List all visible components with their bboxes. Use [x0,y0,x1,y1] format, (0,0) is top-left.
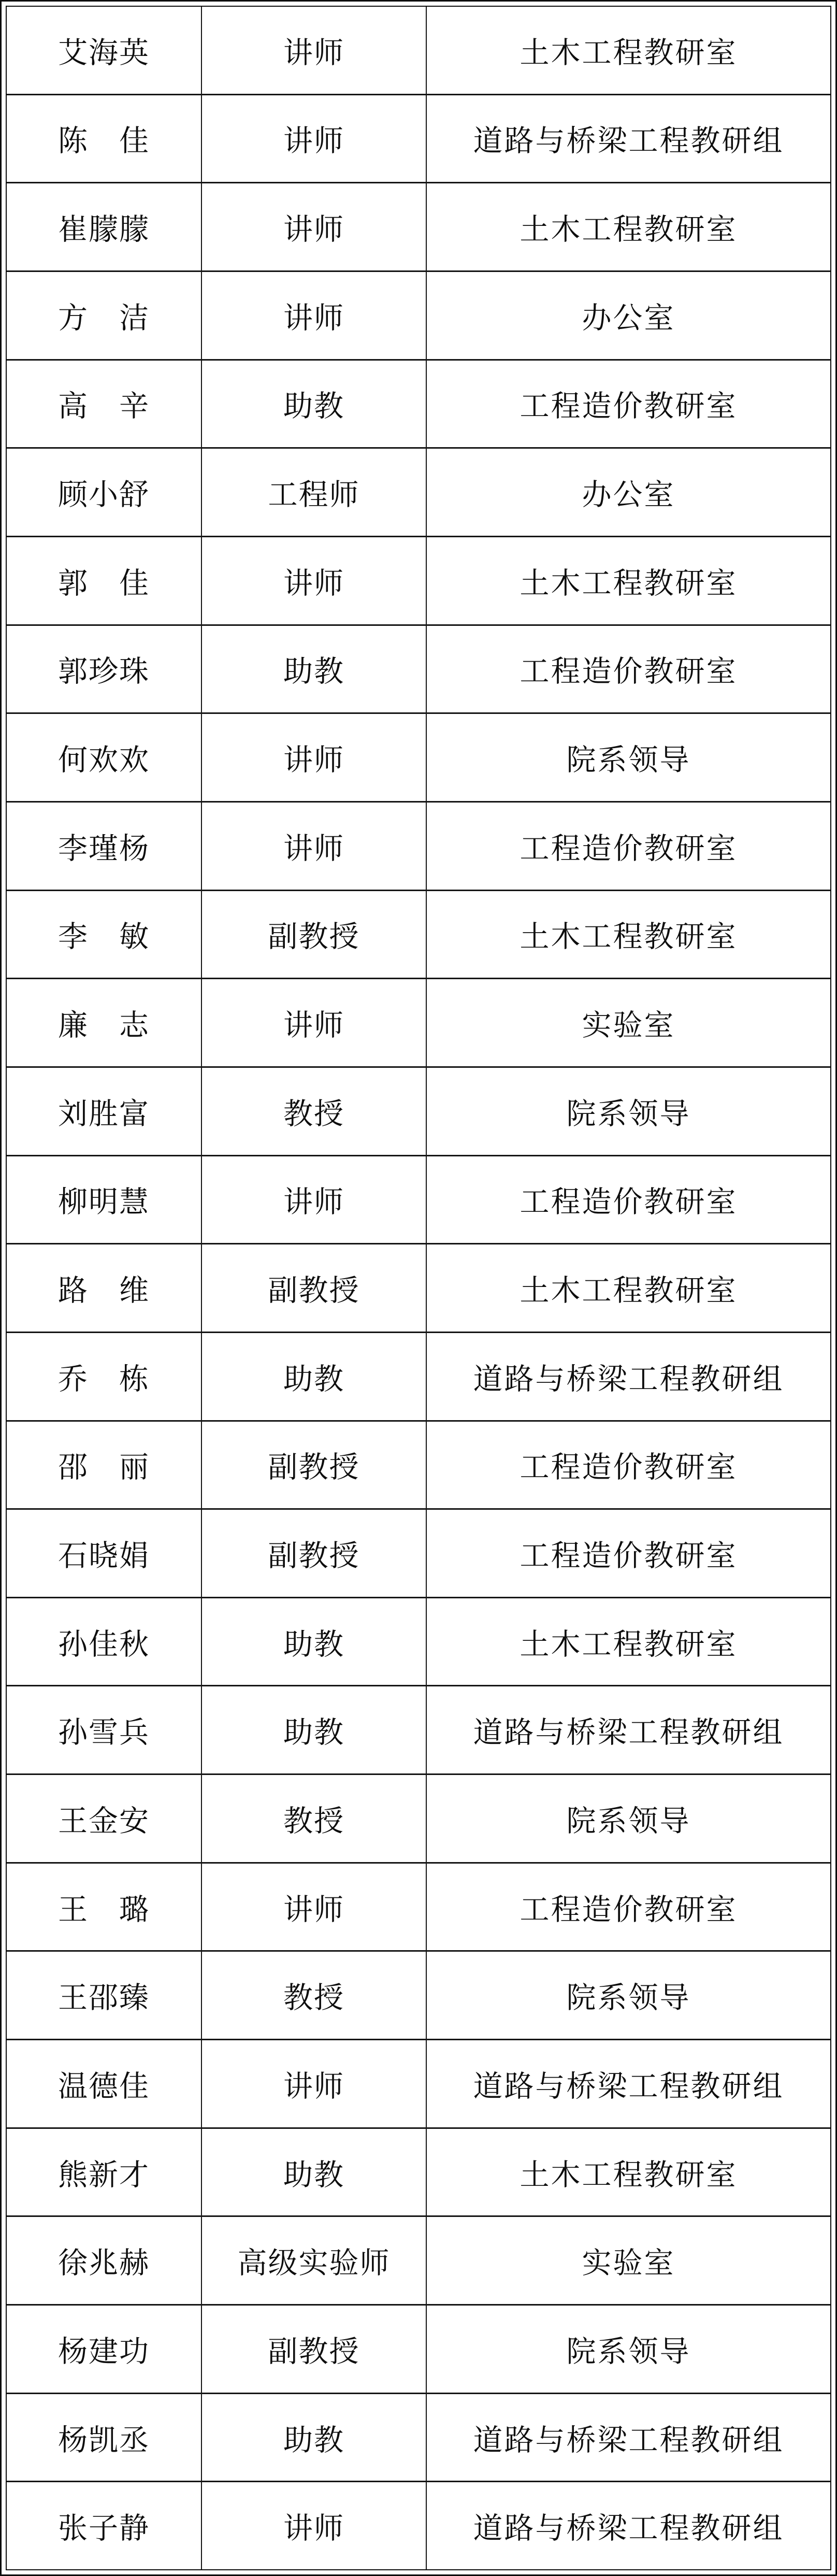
teacher-title-cell: 助教 [201,1686,426,1773]
teacher-name-cell: 陈 佳 [7,95,201,182]
teacher-title-cell: 讲师 [201,2040,426,2127]
staff-table: 艾海英 讲师 土木工程教研室 陈 佳 讲师 道路与桥梁工程教研组 崔朦朦 讲师 … [6,6,831,2570]
department-cell: 土木工程教研室 [426,1244,830,1332]
table-row: 王金安 教授 院系领导 [7,1773,830,1862]
teacher-name-cell: 杨凯丞 [7,2394,201,2481]
department-cell: 土木工程教研室 [426,1598,830,1685]
teacher-title-cell: 助教 [201,2129,426,2216]
department-cell: 土木工程教研室 [426,537,830,624]
teacher-name-cell: 方 洁 [7,272,201,359]
teacher-name-cell: 郭珍珠 [7,626,201,713]
teacher-name-cell: 高 辛 [7,361,201,448]
department-cell: 道路与桥梁工程教研组 [426,1333,830,1420]
teacher-name-cell: 路 维 [7,1244,201,1332]
teacher-name-cell: 石晓娟 [7,1510,201,1597]
table-row: 温德佳 讲师 道路与桥梁工程教研组 [7,2039,830,2127]
department-cell: 工程造价教研室 [426,361,830,448]
department-cell: 办公室 [426,272,830,359]
table-row: 孙雪兵 助教 道路与桥梁工程教研组 [7,1685,830,1773]
table-row: 廉 志 讲师 实验室 [7,978,830,1066]
staff-table-outer-border: 艾海英 讲师 土木工程教研室 陈 佳 讲师 道路与桥梁工程教研组 崔朦朦 讲师 … [0,0,837,2576]
department-cell: 院系领导 [426,1775,830,1862]
teacher-title-cell: 工程师 [201,449,426,536]
table-row: 杨凯丞 助教 道路与桥梁工程教研组 [7,2393,830,2481]
teacher-name-cell: 崔朦朦 [7,183,201,270]
teacher-title-cell: 助教 [201,1333,426,1420]
table-row: 何欢欢 讲师 院系领导 [7,712,830,801]
teacher-name-cell: 何欢欢 [7,714,201,801]
table-row: 石晓娟 副教授 工程造价教研室 [7,1508,830,1597]
department-cell: 工程造价教研室 [426,1864,830,1951]
table-row: 王邵臻 教授 院系领导 [7,1950,830,2039]
teacher-title-cell: 讲师 [201,95,426,182]
department-cell: 院系领导 [426,2306,830,2393]
teacher-title-cell: 讲师 [201,803,426,890]
teacher-title-cell: 讲师 [201,537,426,624]
teacher-title-cell: 讲师 [201,1156,426,1243]
table-row: 方 洁 讲师 办公室 [7,270,830,359]
department-cell: 实验室 [426,979,830,1066]
teacher-name-cell: 廉 志 [7,979,201,1066]
teacher-title-cell: 高级实验师 [201,2217,426,2304]
table-row: 路 维 副教授 土木工程教研室 [7,1243,830,1332]
teacher-title-cell: 讲师 [201,979,426,1066]
department-cell: 院系领导 [426,1952,830,2039]
table-row: 郭 佳 讲师 土木工程教研室 [7,536,830,624]
department-cell: 道路与桥梁工程教研组 [426,2040,830,2127]
department-cell: 道路与桥梁工程教研组 [426,2482,830,2569]
table-row: 崔朦朦 讲师 土木工程教研室 [7,182,830,270]
table-row: 徐兆赫 高级实验师 实验室 [7,2215,830,2304]
teacher-title-cell: 副教授 [201,2306,426,2393]
teacher-name-cell: 李 敏 [7,891,201,978]
teacher-name-cell: 孙佳秋 [7,1598,201,1685]
teacher-name-cell: 王邵臻 [7,1952,201,2039]
teacher-title-cell: 助教 [201,361,426,448]
table-row: 熊新才 助教 土木工程教研室 [7,2127,830,2216]
table-row: 李瑾杨 讲师 工程造价教研室 [7,801,830,890]
department-cell: 实验室 [426,2217,830,2304]
table-row: 高 辛 助教 工程造价教研室 [7,359,830,448]
teacher-name-cell: 郭 佳 [7,537,201,624]
department-cell: 道路与桥梁工程教研组 [426,95,830,182]
teacher-name-cell: 顾小舒 [7,449,201,536]
teacher-name-cell: 熊新才 [7,2129,201,2216]
teacher-title-cell: 助教 [201,626,426,713]
department-cell: 土木工程教研室 [426,183,830,270]
teacher-title-cell: 讲师 [201,7,426,94]
teacher-name-cell: 李瑾杨 [7,803,201,890]
teacher-title-cell: 副教授 [201,891,426,978]
department-cell: 工程造价教研室 [426,1156,830,1243]
department-cell: 土木工程教研室 [426,7,830,94]
table-row: 顾小舒 工程师 办公室 [7,447,830,536]
teacher-title-cell: 教授 [201,1952,426,2039]
table-row: 柳明慧 讲师 工程造价教研室 [7,1155,830,1243]
teacher-name-cell: 艾海英 [7,7,201,94]
table-row: 乔 栋 助教 道路与桥梁工程教研组 [7,1332,830,1420]
teacher-title-cell: 讲师 [201,714,426,801]
teacher-name-cell: 王金安 [7,1775,201,1862]
teacher-title-cell: 讲师 [201,2482,426,2569]
teacher-name-cell: 孙雪兵 [7,1686,201,1773]
department-cell: 道路与桥梁工程教研组 [426,1686,830,1773]
teacher-title-cell: 副教授 [201,1422,426,1509]
teacher-title-cell: 助教 [201,1598,426,1685]
department-cell: 土木工程教研室 [426,891,830,978]
table-row: 王 璐 讲师 工程造价教研室 [7,1862,830,1951]
teacher-title-cell: 讲师 [201,183,426,270]
teacher-name-cell: 王 璐 [7,1864,201,1951]
teacher-title-cell: 讲师 [201,272,426,359]
department-cell: 工程造价教研室 [426,1422,830,1509]
teacher-title-cell: 讲师 [201,1864,426,1951]
teacher-name-cell: 温德佳 [7,2040,201,2127]
teacher-title-cell: 助教 [201,2394,426,2481]
table-row: 杨建功 副教授 院系领导 [7,2304,830,2393]
teacher-name-cell: 刘胜富 [7,1068,201,1155]
table-row: 张子静 讲师 道路与桥梁工程教研组 [7,2481,830,2569]
table-row: 陈 佳 讲师 道路与桥梁工程教研组 [7,94,830,182]
table-row: 李 敏 副教授 土木工程教研室 [7,890,830,978]
department-cell: 工程造价教研室 [426,803,830,890]
teacher-title-cell: 副教授 [201,1244,426,1332]
department-cell: 土木工程教研室 [426,2129,830,2216]
department-cell: 院系领导 [426,1068,830,1155]
teacher-name-cell: 柳明慧 [7,1156,201,1243]
department-cell: 工程造价教研室 [426,1510,830,1597]
department-cell: 办公室 [426,449,830,536]
department-cell: 道路与桥梁工程教研组 [426,2394,830,2481]
teacher-name-cell: 徐兆赫 [7,2217,201,2304]
teacher-title-cell: 副教授 [201,1510,426,1597]
teacher-name-cell: 乔 栋 [7,1333,201,1420]
department-cell: 工程造价教研室 [426,626,830,713]
table-row: 刘胜富 教授 院系领导 [7,1066,830,1155]
table-row: 孙佳秋 助教 土木工程教研室 [7,1597,830,1685]
teacher-name-cell: 张子静 [7,2482,201,2569]
teacher-name-cell: 杨建功 [7,2306,201,2393]
department-cell: 院系领导 [426,714,830,801]
table-row: 艾海英 讲师 土木工程教研室 [7,7,830,94]
table-row: 郭珍珠 助教 工程造价教研室 [7,624,830,713]
teacher-name-cell: 邵 丽 [7,1422,201,1509]
table-row: 邵 丽 副教授 工程造价教研室 [7,1420,830,1509]
teacher-title-cell: 教授 [201,1775,426,1862]
teacher-title-cell: 教授 [201,1068,426,1155]
